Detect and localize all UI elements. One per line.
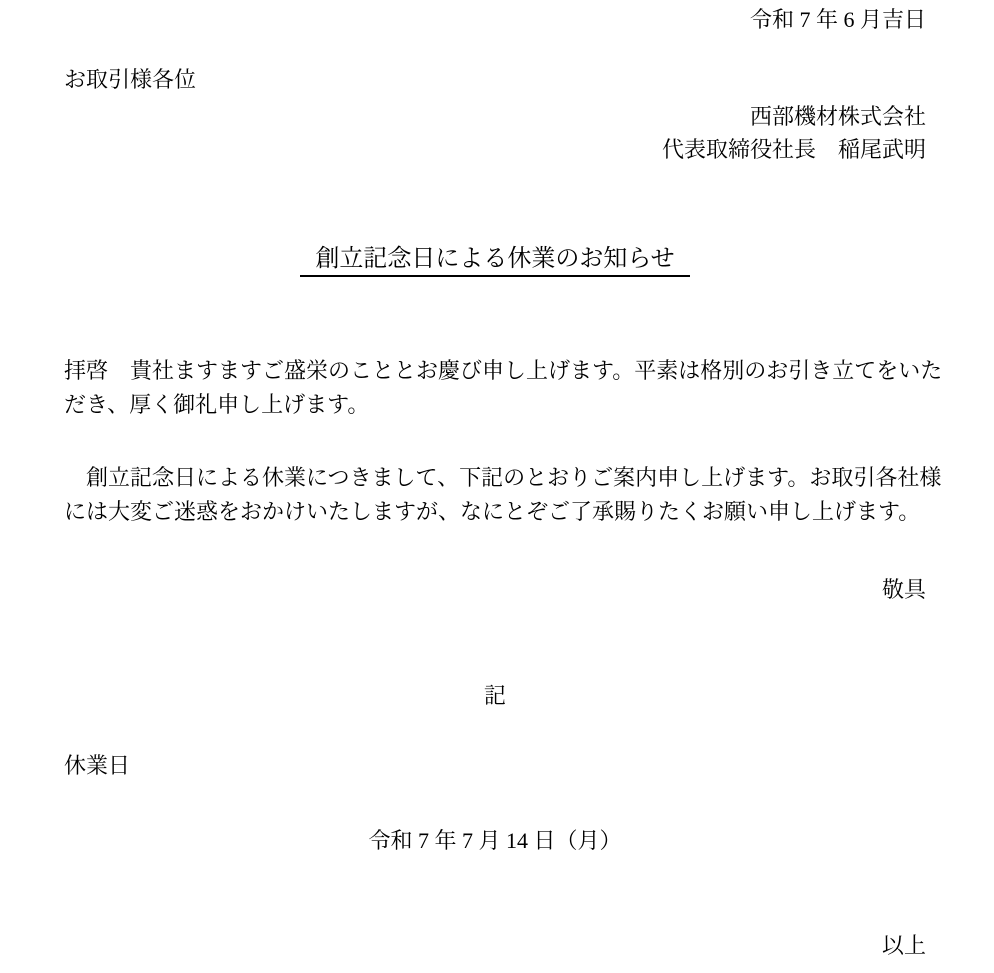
record-marker: 記: [64, 679, 926, 713]
greeting-paragraph-line-2: だき、厚く御礼申し上げます。: [64, 388, 926, 422]
title-row: 創立記念日による休業のお知らせ: [64, 244, 926, 278]
end-marker: 以上: [64, 929, 926, 963]
body-paragraph: 創立記念日による休業につきまして、下記のとおりご案内申し上げます。お取引各社様 …: [64, 461, 926, 529]
addressee: お取引様各位: [64, 63, 926, 97]
greeting-paragraph-line-1: 拝啓 貴社ますますご盛栄のこととお慶び申し上げます。平素は格別のお引き立てをいた: [64, 354, 926, 388]
sender-company: 西部機材株式会社: [64, 100, 926, 133]
document-title: 創立記念日による休業のお知らせ: [300, 244, 689, 277]
document-page: 令和 7 年 6 月吉日 お取引様各位 西部機材株式会社 代表取締役社長 稲尾武…: [0, 0, 994, 973]
greeting-paragraph: 拝啓 貴社ますますご盛栄のこととお慶び申し上げます。平素は格別のお引き立てをいた…: [64, 354, 926, 422]
closing-word: 敬具: [64, 573, 926, 607]
body-paragraph-line-1: 創立記念日による休業につきまして、下記のとおりご案内申し上げます。お取引各社様: [64, 461, 926, 495]
issue-date: 令和 7 年 6 月吉日: [64, 3, 926, 37]
holiday-date: 令和 7 年 7 月 14 日（月）: [64, 824, 926, 858]
sender-representative: 代表取締役社長 稲尾武明: [64, 133, 926, 166]
body-paragraph-line-2: には大変ご迷惑をおかけいたしますが、なにとぞご了承賜りたくお願い申し上げます。: [64, 495, 926, 529]
holiday-label: 休業日: [64, 749, 926, 783]
